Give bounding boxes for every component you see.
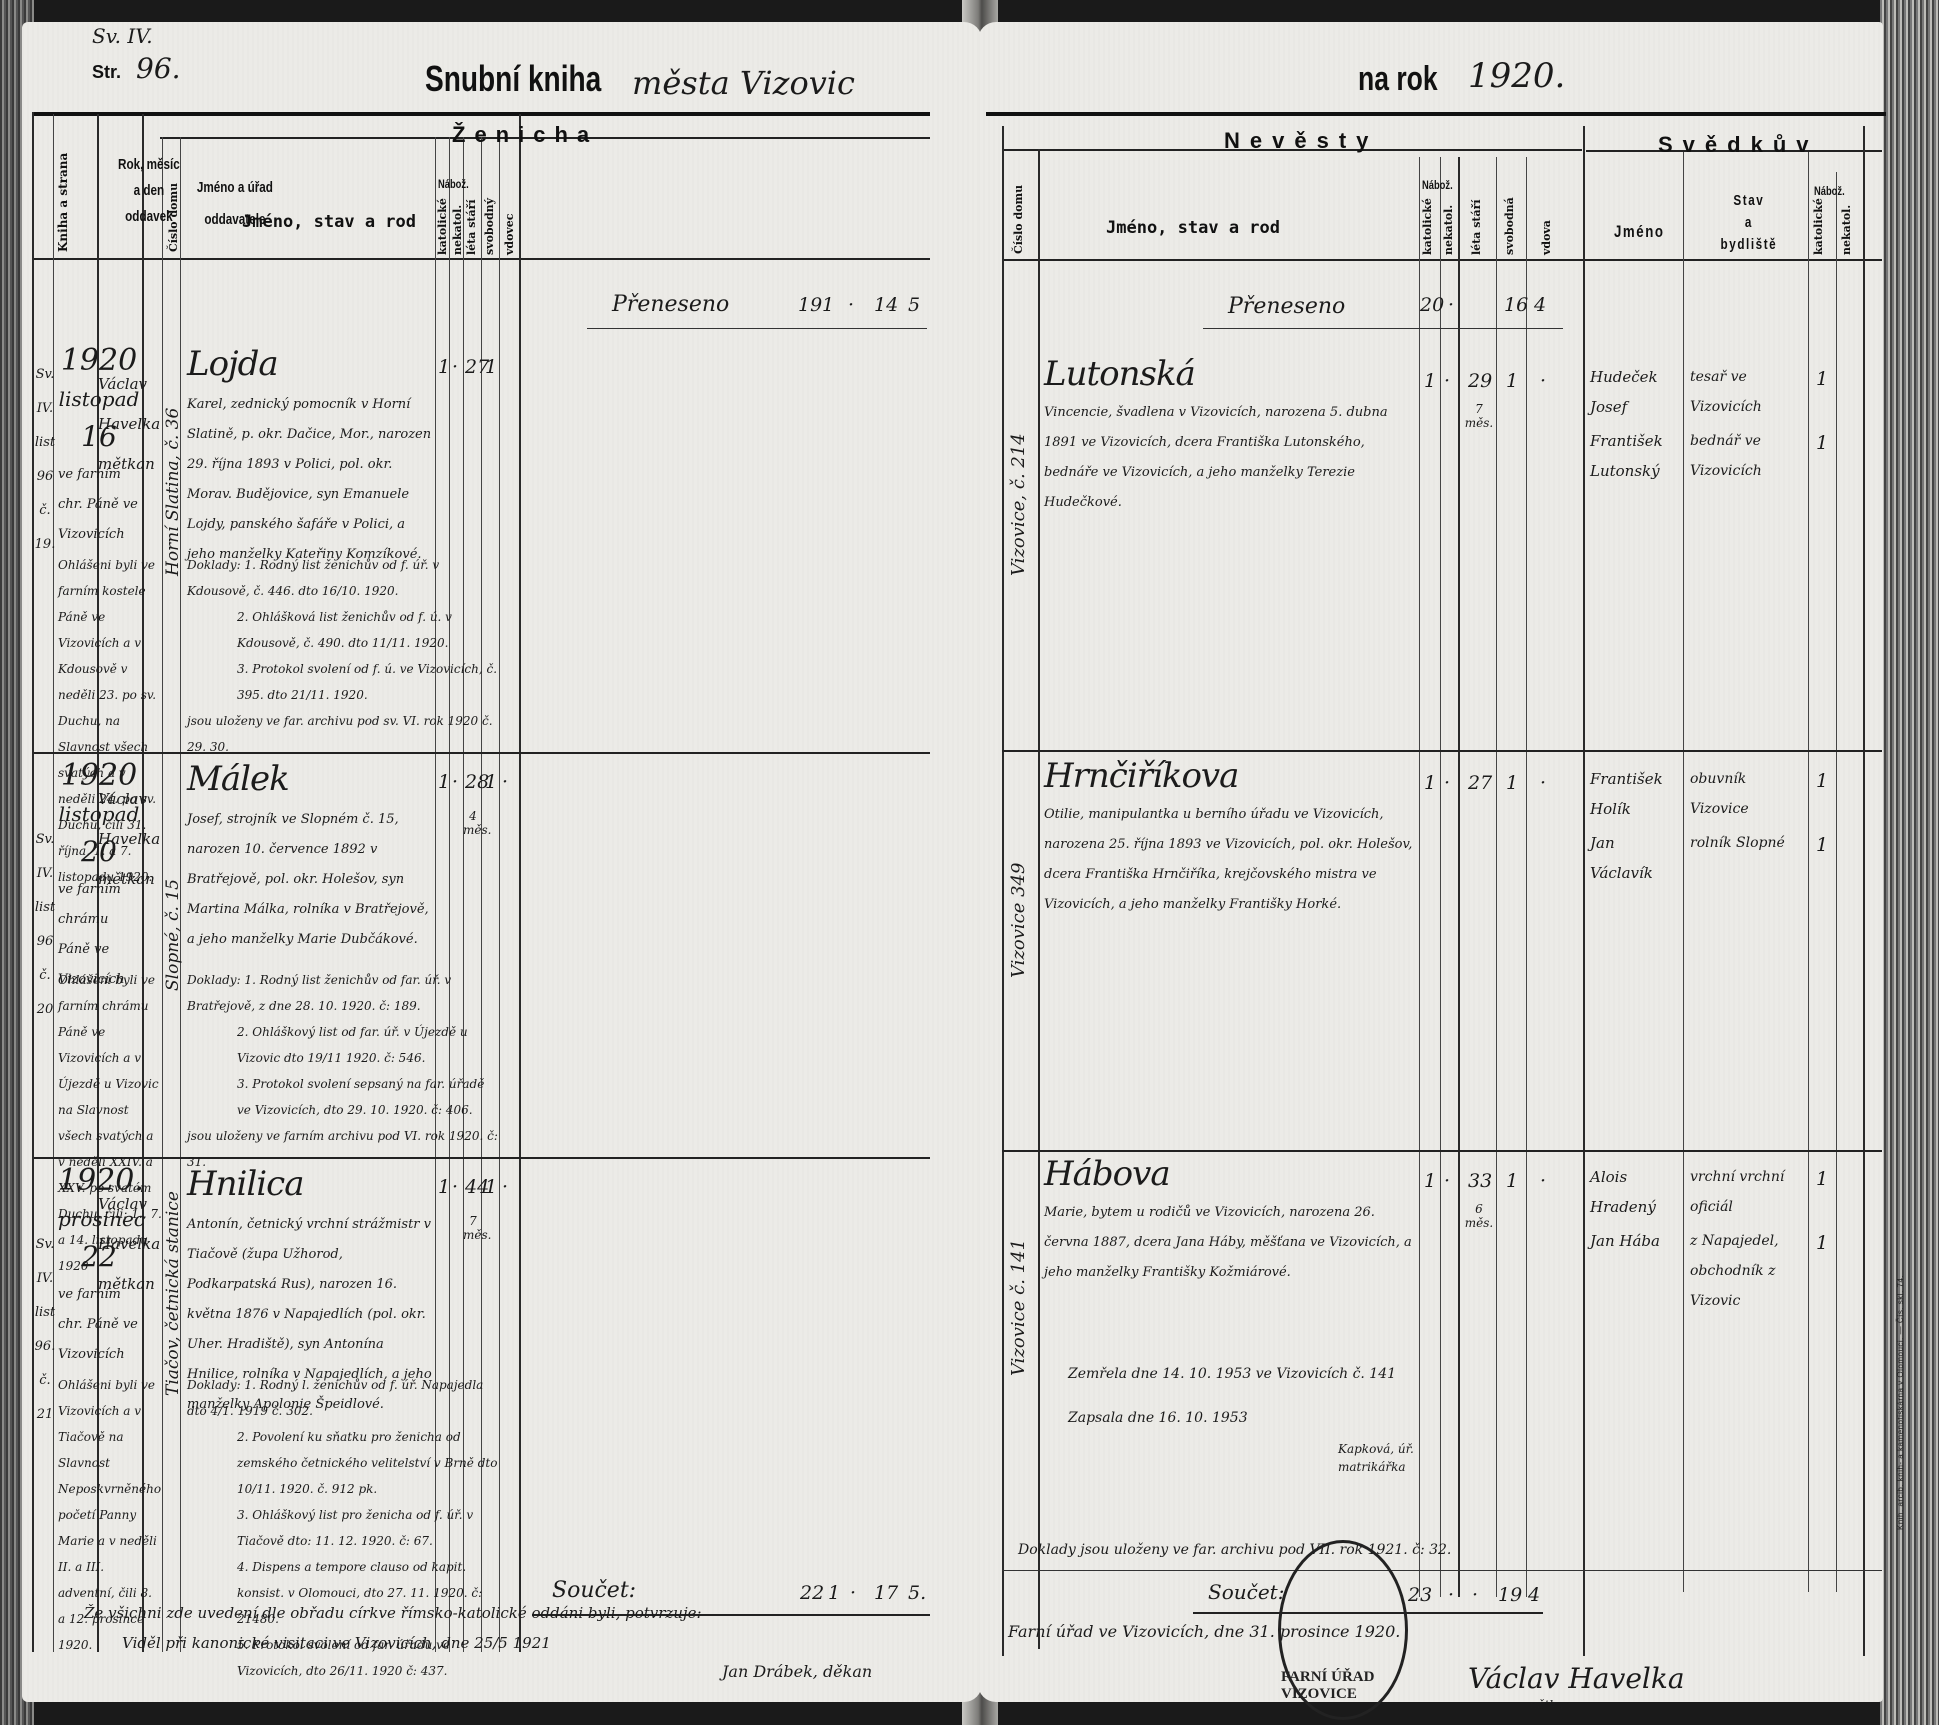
officiant-line: Havelka (98, 404, 142, 444)
groom-details: Josef, strojník ve Slopném č. 15, naroze… (187, 805, 432, 955)
bride-carried-catholic: 20 (1420, 294, 1444, 316)
bride-age: 29 (1468, 370, 1492, 392)
witness-status: tesař ve Vizovicích (1690, 362, 1806, 422)
document-line: Doklady: 1. Rodný list ženichův od far. … (187, 967, 499, 1019)
officiant-line: mětkan (98, 1264, 142, 1304)
bride-catholic: 1 (1424, 370, 1436, 392)
bride-sum-widow: 4 (1528, 1584, 1540, 1606)
sum-noncatholic: 1 (828, 1582, 840, 1604)
bride-details: Vincencie, švadlena v Vizovicích, naroze… (1044, 398, 1416, 518)
book-ref-line: č. 20 (34, 959, 56, 1027)
bride-widow: · (1540, 1170, 1546, 1192)
book-ref-line: list (34, 1296, 56, 1330)
witness-catholic: 1 (1816, 1168, 1828, 1190)
book-edge-right: Knih. arcib. knih- a kamenotiskárna v Ol… (1880, 0, 1939, 1725)
bride-catholic: 1 (1424, 772, 1436, 794)
left-page: Sv. IV. Str. 96. Snubní kniha města Vizo… (22, 22, 982, 1702)
book-ref-line: Sv. IV. (34, 823, 56, 891)
witness-name: Jan Hába (1590, 1226, 1680, 1256)
book-ref: Sv. IV.list96.č. 21 (34, 1228, 56, 1432)
bride-sum-catholic: 23 (1408, 1584, 1432, 1606)
bride-carried-noncatholic: · (1448, 294, 1454, 316)
carried-widower: 5 (908, 294, 920, 316)
page-number: 96. (136, 52, 181, 85)
bride-single: 1 (1506, 370, 1518, 392)
witness-status: bednář ve Vizovicích (1690, 426, 1806, 486)
officiant-line: Havelka (98, 1224, 142, 1264)
bride-carried-widow: 4 (1534, 294, 1546, 316)
witness-catholic: 1 (1816, 432, 1828, 454)
bride-age: 27 (1468, 772, 1492, 794)
witness-name: František Holík (1590, 764, 1680, 824)
document-line: 3. Ohláškový list pro ženicha od f. úř. … (187, 1502, 499, 1554)
groom-age-months: 4 měs. (463, 809, 483, 837)
col-header-age: léta stáří (465, 212, 478, 255)
bride-widow: · (1540, 772, 1546, 794)
groom-noncatholic: · (452, 1176, 458, 1198)
bride-surname: Hrnčiříkova (1044, 756, 1238, 796)
witness-status: z Napajedel, obchodník z Vizovic (1690, 1226, 1806, 1316)
row-divider (1002, 1150, 1882, 1152)
col-header-noncatholic: nekatol. (451, 222, 464, 255)
witness-catholic: 1 (1816, 368, 1828, 390)
row-divider (1002, 750, 1882, 752)
bride-carried-single: 16 (1504, 294, 1528, 316)
book-ref-line: Sv. IV. (34, 358, 56, 426)
groom-widower: · (502, 771, 508, 793)
book-ref-line: 96 (34, 460, 56, 494)
document-line: 3. Protokol svolení sepsaný na far. úřad… (187, 1071, 499, 1123)
book-ref-line: list (34, 426, 56, 460)
col-header-bride-noncatholic: nekatol. (1442, 222, 1455, 255)
sum-single: 17 (874, 1582, 898, 1604)
visitation-signature: Jan Drábek, děkan (722, 1662, 872, 1681)
bride-annotations: Zemřela dne 14. 10. 1953 ve Vizovicích č… (1068, 1352, 1418, 1476)
groom-house-no: Slopné, č. 15 (163, 771, 181, 991)
witness-name: Alois Hradený (1590, 1162, 1680, 1222)
officiant-line: mětkan (98, 859, 142, 899)
col-header-religion: Nábož. (438, 177, 469, 191)
officiant-line: mětkan (98, 444, 142, 484)
annotation-line: Zemřela dne 14. 10. 1953 ve Vizovicích č… (1068, 1352, 1418, 1396)
document-line: jsou uloženy ve far. archivu pod sv. VI.… (187, 708, 499, 760)
document-line: 2. Povolení ku sňatku pro ženicha od zem… (187, 1424, 499, 1502)
witness-status: vrchní vrchní oficiál (1690, 1162, 1806, 1222)
visitation-note: Že všichni zde uvedení dle obřadu církve… (84, 1604, 702, 1622)
bride-details: Otilie, manipulantka u berního úřadu ve … (1044, 800, 1416, 920)
col-header-bride-religion: Nábož. (1422, 178, 1453, 192)
witness-catholic: 1 (1816, 1232, 1828, 1254)
groom-catholic: 1 (438, 771, 450, 793)
groom-house-no: Tiačov, četnická stanice (163, 1176, 181, 1396)
bride-single: 1 (1506, 772, 1518, 794)
officiant: VáclavHavelkamětkan (98, 364, 142, 484)
sum-catholic: 22 (800, 1582, 824, 1604)
book-ref-line: Sv. IV. (34, 1228, 56, 1296)
bride-surname: Hábova (1044, 1154, 1170, 1194)
groom-surname: Málek (187, 759, 289, 799)
bride-house-no: Vizovice, č. 214 (1008, 366, 1032, 576)
col-header-name: Jméno, stav a rod (242, 212, 416, 232)
col-header-bride-house-no: Číslo domu (1012, 182, 1025, 254)
groom-single: 1 (485, 1176, 497, 1198)
sum-widower: 5. (908, 1582, 926, 1604)
col-header-bride-catholic: katolické (1421, 212, 1434, 255)
col-header-bride-name: Jméno, stav a rod (1106, 218, 1280, 238)
document-line: Doklady: 1. Rodný l. ženichův od f. úř. … (187, 1372, 499, 1424)
groom-single: 1 (485, 771, 497, 793)
bride-age-months: 6 měs. (1462, 1202, 1496, 1230)
witness-name: Jan Václavík (1590, 828, 1680, 888)
bride-catholic: 1 (1424, 1170, 1436, 1192)
book-ref: Sv. IV.list96č. 20 (34, 823, 56, 1027)
groom-house-no: Horní Slatina, č. 36 (163, 356, 181, 576)
book-ref-line: č. 19. (34, 494, 56, 562)
officiant: VáclavHavelkamětkan (98, 779, 142, 899)
book-ref-line: č. 21 (34, 1364, 56, 1432)
col-header-witness-noncatholic: nekatol. (1840, 217, 1853, 255)
witness-catholic: 1 (1816, 770, 1828, 792)
book-title-town: města Vizovic (632, 64, 855, 102)
book-year-label: na rok (1358, 60, 1438, 99)
section-bride: Nevěsty (1224, 128, 1378, 154)
col-header-bride-single: svobodná (1503, 212, 1516, 255)
groom-catholic: 1 (438, 356, 450, 378)
col-header-bride-age: léta stáří (1470, 212, 1483, 255)
carried-over-label: Přeneseno (612, 292, 729, 317)
col-header-widower: vdovec (503, 227, 516, 255)
bride-house-no: Vizovice č. 141 (1008, 1166, 1032, 1376)
book-year: 1920. (1468, 56, 1565, 96)
col-header-bride-widow: vdova (1540, 227, 1553, 255)
sum-label: Součet: (552, 1578, 636, 1603)
groom-age-months: 7 měs. (463, 1214, 483, 1242)
col-header-witness-name: Jméno (1614, 222, 1665, 242)
witness-status: rolník Slopné (1690, 828, 1806, 858)
printer-imprint: Knih. arcib. knih- a kamenotiskárna v Ol… (1896, 1275, 1905, 1530)
groom-single: 1 (485, 356, 497, 378)
book-title: Snubní kniha (425, 58, 601, 100)
bride-surname: Lutonská (1044, 354, 1195, 394)
bride-house-no: Vizovice 349 (1008, 768, 1032, 978)
bride-age-months: 7 měs. (1462, 402, 1496, 430)
document-line: 3. Protokol svolení od f. ú. ve Vizovicí… (187, 656, 499, 708)
col-header-catholic: katolické (436, 217, 449, 255)
col-header-witness-status: Stav a bydliště (1706, 190, 1792, 256)
groom-catholic: 1 (438, 1176, 450, 1198)
col-header-witness-religion: Nábož. (1814, 184, 1845, 198)
annotation-line: Zapsala dne 16. 10. 1953 (1068, 1396, 1418, 1440)
col-header-single: svobodný (483, 212, 496, 255)
carried-age: · (848, 294, 854, 316)
witness-status: obuvník Vizovice (1690, 764, 1806, 824)
bride-sum-noncatholic: · (1448, 1584, 1454, 1606)
bride-widow: · (1540, 370, 1546, 392)
bride-sum-label: Součet: (1208, 1580, 1284, 1604)
volume-ref: Sv. IV. (92, 24, 153, 48)
bride-noncatholic: · (1444, 370, 1450, 392)
bride-sum-age: · (1472, 1584, 1478, 1606)
document-line: 2. Ohláškový list od far. úř. v Újezdě u… (187, 1019, 499, 1071)
documents-note: Doklady jsou uloženy ve far. archivu pod… (1018, 1542, 1451, 1558)
col-header-house-no: Číslo domu (167, 182, 181, 252)
carried-noncatholic: 1 (822, 294, 834, 316)
right-page: na rok1920. Nevěsty Svědkův Číslo domu J… (978, 22, 1883, 1702)
parish-signature-title: mětkan (1526, 1698, 1571, 1712)
col-header-book-page: Kniha a strana (56, 142, 80, 252)
groom-surname: Lojda (187, 344, 278, 384)
officiant-line: Václav (98, 364, 142, 404)
bride-carried-over-label: Přeneseno (1228, 294, 1345, 319)
witness-name: František Lutonský (1590, 426, 1680, 486)
bride-sum-single: 19 (1498, 1584, 1522, 1606)
sum-age: · (850, 1582, 856, 1604)
witness-name: Hudeček Josef (1590, 362, 1680, 422)
parish-signature: Václav Havelka (1468, 1662, 1685, 1695)
bride-noncatholic: · (1444, 772, 1450, 794)
groom-details: Karel, zednický pomocník v Horní Slatině… (187, 390, 432, 570)
groom-widower: · (502, 1176, 508, 1198)
parish-stamp: FARNÍ ÚŘAD VIZOVICE (1278, 1540, 1408, 1720)
annotation-line: Kapková, úř. matrikářka (1068, 1440, 1418, 1476)
officiant: VáclavHavelkamětkan (98, 1184, 142, 1304)
officiant-line: Havelka (98, 819, 142, 859)
groom-surname: Hnilica (187, 1164, 303, 1204)
officiant-line: Václav (98, 1184, 142, 1224)
book-ref: Sv. IV.list96č. 19. (34, 358, 56, 562)
bride-age: 33 (1468, 1170, 1492, 1192)
groom-documents: Doklady: 1. Rodný list ženichův od f. úř… (187, 552, 499, 760)
book-ref-line: list (34, 891, 56, 925)
officiant-line: Václav (98, 779, 142, 819)
document-line: Doklady: 1. Rodný list ženichův od f. úř… (187, 552, 499, 604)
carried-catholic: 19 (798, 294, 822, 316)
book-ref-line: 96 (34, 925, 56, 959)
witness-catholic: 1 (1816, 834, 1828, 856)
groom-noncatholic: · (452, 771, 458, 793)
groom-documents: Doklady: 1. Rodný list ženichův od far. … (187, 967, 499, 1175)
bride-details: Marie, bytem u rodičů ve Vizovicích, nar… (1044, 1198, 1416, 1288)
carried-single: 14 (874, 294, 898, 316)
page-label: Str. (92, 62, 121, 83)
bride-noncatholic: · (1444, 1170, 1450, 1192)
bride-single: 1 (1506, 1170, 1518, 1192)
document-line: 2. Ohlášková list ženichův od f. ú. v Kd… (187, 604, 499, 656)
section-witnesses: Svědkův (1658, 132, 1819, 158)
visitation-line: Viděl při kanonické visitaci ve Vizovicí… (122, 1634, 551, 1652)
book-ref-line: 96. (34, 1330, 56, 1364)
section-groom: Ženicha (452, 122, 598, 148)
groom-noncatholic: · (452, 356, 458, 378)
col-header-witness-catholic: katolické (1812, 212, 1825, 255)
